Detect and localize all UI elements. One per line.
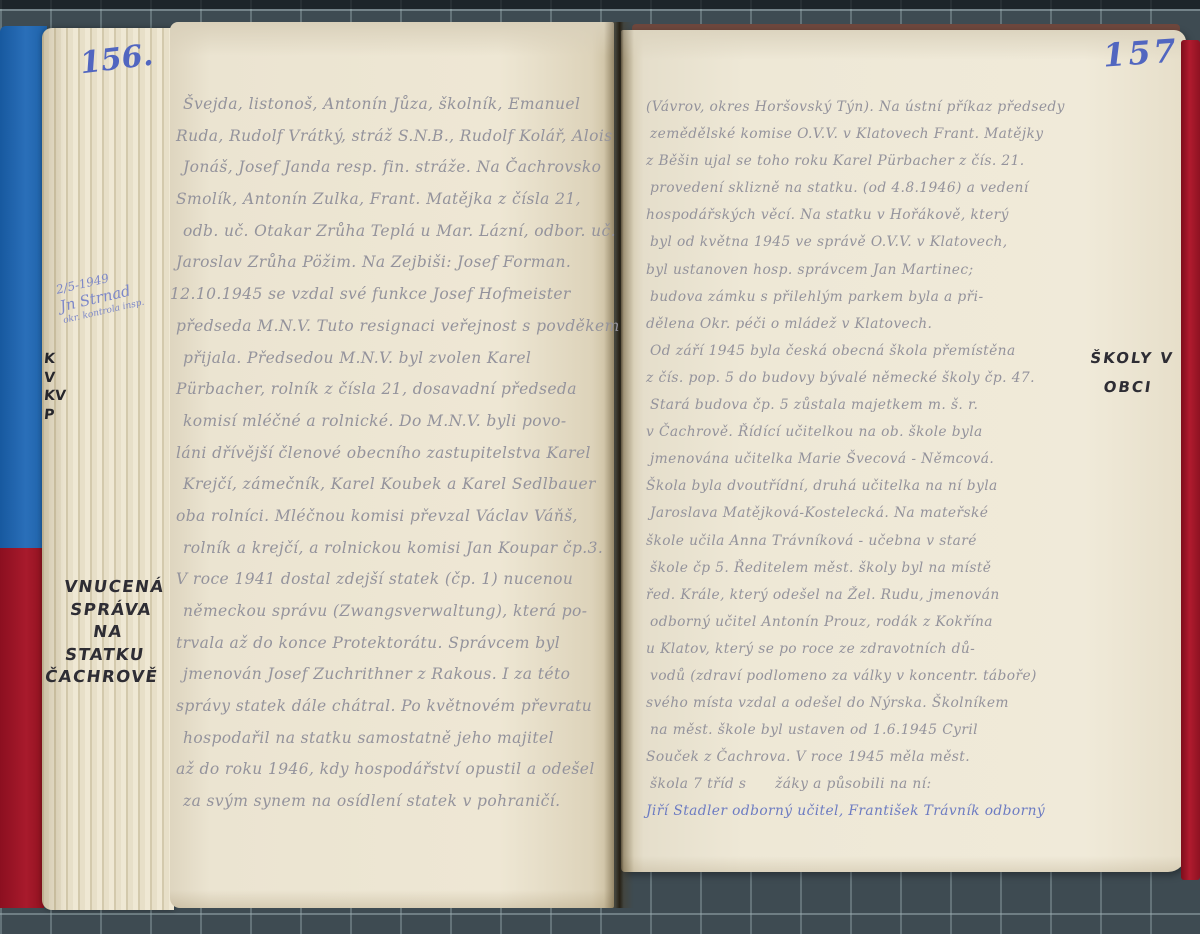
handwritten-line: V roce 1941 dostal zdejší statek (čp. 1)… [176,570,610,602]
photographed-chronicle-scan: { "colors": { "mat_background": "#3e4b52… [0,0,1200,934]
handwritten-line: Ruda, Rudolf Vrátký, stráž S.N.B., Rudol… [176,127,610,159]
handwritten-line: Od září 1945 byla česká obecná škola pře… [650,343,1108,370]
cutoff-edge-letters: KVKVP [44,350,68,424]
stamp-line: SPRÁVA [52,599,171,622]
mat-horizontal-gridline-bottom [0,913,1200,915]
handwritten-line: 12.10.1945 se vzdal své funkce Josef Hof… [170,285,610,317]
handwritten-line: škola 7 tříd s žáky a působili na ní: [650,776,1108,803]
handwritten-line: dělena Okr. péči o mládež v Klatovech. [646,316,1108,343]
handwritten-line: až do roku 1946, kdy hospodářství opusti… [176,760,610,792]
handwritten-line: byl ustanoven hosp. správcem Jan Martine… [646,262,1108,289]
page-edge-stack [42,28,174,910]
handwritten-line: budova zámku s přilehlým parkem byla a p… [650,289,1108,316]
handwritten-line: Škola byla dvoutřídní, druhá učitelka na… [646,478,1108,505]
blue-cover-edge [0,26,47,586]
handwritten-line: odborný učitel Antonín Prouz, rodák z Ko… [650,614,1108,641]
handwritten-line: z Běšin ujal se toho roku Karel Pürbache… [646,153,1108,180]
handwritten-line: Stará budova čp. 5 zůstala majetkem m. š… [650,397,1108,424]
handwritten-line: přijala. Předsedou M.N.V. byl zvolen Kar… [183,349,610,381]
handwritten-line: Smolík, Antonín Zulka, Frant. Matějka z … [176,190,610,222]
handwritten-line: rolník a krejčí, a rolnickou komisi Jan … [183,539,610,571]
handwritten-line: Krejčí, zámečník, Karel Koubek a Karel S… [183,475,610,507]
handwritten-line: zemědělské komise O.V.V. v Klatovech Fra… [650,126,1108,153]
handwritten-line: v Čachrově. Řídící učitelkou na ob. škol… [646,424,1108,451]
handwritten-line: jmenován Josef Zuchrithner z Rakous. I z… [183,665,610,697]
handwritten-line: vodů (zdraví podlomeno za války v koncen… [650,668,1108,695]
stamp-line: ČACHROVĚ [42,666,161,689]
handwritten-line: Jiří Stadler odborný učitel, František T… [646,803,1108,830]
margin-stamp-vnucena-sprava: VNUCENÁSPRÁVANASTATKUČACHROVĚ [42,576,174,689]
handwritten-line: odb. uč. Otakar Zrůha Teplá u Mar. Lázní… [183,222,610,254]
handwritten-line: (Vávrov, okres Horšovský Týn). Na ústní … [646,99,1108,126]
edge-letter: KV [43,387,69,406]
right-page-handwritten-text: (Vávrov, okres Horšovský Týn). Na ústní … [646,99,1108,831]
handwritten-line: oba rolníci. Mléčnou komisi převzal Václ… [176,507,610,539]
page-number-right: 157 [1102,31,1180,74]
handwritten-line: svého místa vzdal a odešel do Nýrska. Šk… [646,695,1108,722]
stamp-line: VNUCENÁ [55,576,174,599]
handwritten-line: Jaroslav Zrůha Pöžim. Na Zejbiši: Josef … [176,253,610,285]
handwritten-line: Jonáš, Josef Janda resp. fin. stráže. Na… [183,158,610,190]
handwritten-line: řed. Krále, který odešel na Žel. Rudu, j… [646,587,1108,614]
handwritten-line: za svým synem na osídlení statek v pohra… [183,792,610,824]
handwritten-line: jmenována učitelka Marie Švecová - Němco… [650,451,1108,478]
handwritten-line: škole čp 5. Ředitelem měst. školy byl na… [650,560,1108,587]
handwritten-line: Souček z Čachrova. V roce 1945 měla měst… [646,749,1108,776]
handwritten-line: komisí mléčné a rolnické. Do M.N.V. byli… [183,412,610,444]
handwritten-line: u Klatov, který se po roce ze zdravotníc… [646,641,1108,668]
mat-horizontal-gridline-top [0,9,1200,11]
edge-letter: K [43,350,69,369]
stamp-line: NA [48,621,167,644]
left-page-handwritten-text: Švejda, listonoš, Antonín Jůza, školník,… [176,95,610,824]
handwritten-line: provedení sklizně na statku. (od 4.8.194… [650,180,1108,207]
handwritten-line: z čís. pop. 5 do budovy bývalé německé š… [646,370,1108,397]
handwritten-line: na měst. škole byl ustaven od 1.6.1945 C… [650,722,1108,749]
handwritten-line: Švejda, listonoš, Antonín Jůza, školník,… [183,95,610,127]
handwritten-line: láni dřívější členové obecního zastupite… [176,444,610,476]
handwritten-line: předseda M.N.V. Tuto resignaci veřejnost… [176,317,610,349]
edge-letter: V [43,369,69,388]
red-cover-edge-right [1181,40,1200,880]
red-cover-edge-left [0,548,44,908]
handwritten-line: hospodařil na statku samostatně jeho maj… [183,729,610,761]
handwritten-line: německou správu (Zwangsverwaltung), kter… [183,602,610,634]
handwritten-line: Jaroslava Matějková-Kostelecká. Na mateř… [650,505,1108,532]
handwritten-line: škole učila Anna Trávníková - učebna v s… [646,533,1108,560]
handwritten-line: správy statek dále chátral. Po květnovém… [176,697,610,729]
handwritten-line: Pürbacher, rolník z čísla 21, dosavadní … [176,380,610,412]
handwritten-line: hospodářských věcí. Na statku v Hořákově… [646,207,1108,234]
stamp-line: STATKU [45,644,164,667]
handwritten-line: trvala až do konce Protektorátu. Správce… [176,634,610,666]
handwritten-line: byl od května 1945 ve správě O.V.V. v Kl… [650,234,1108,261]
edge-letter: P [43,406,69,425]
mat-dark-top-strip [0,0,1200,9]
